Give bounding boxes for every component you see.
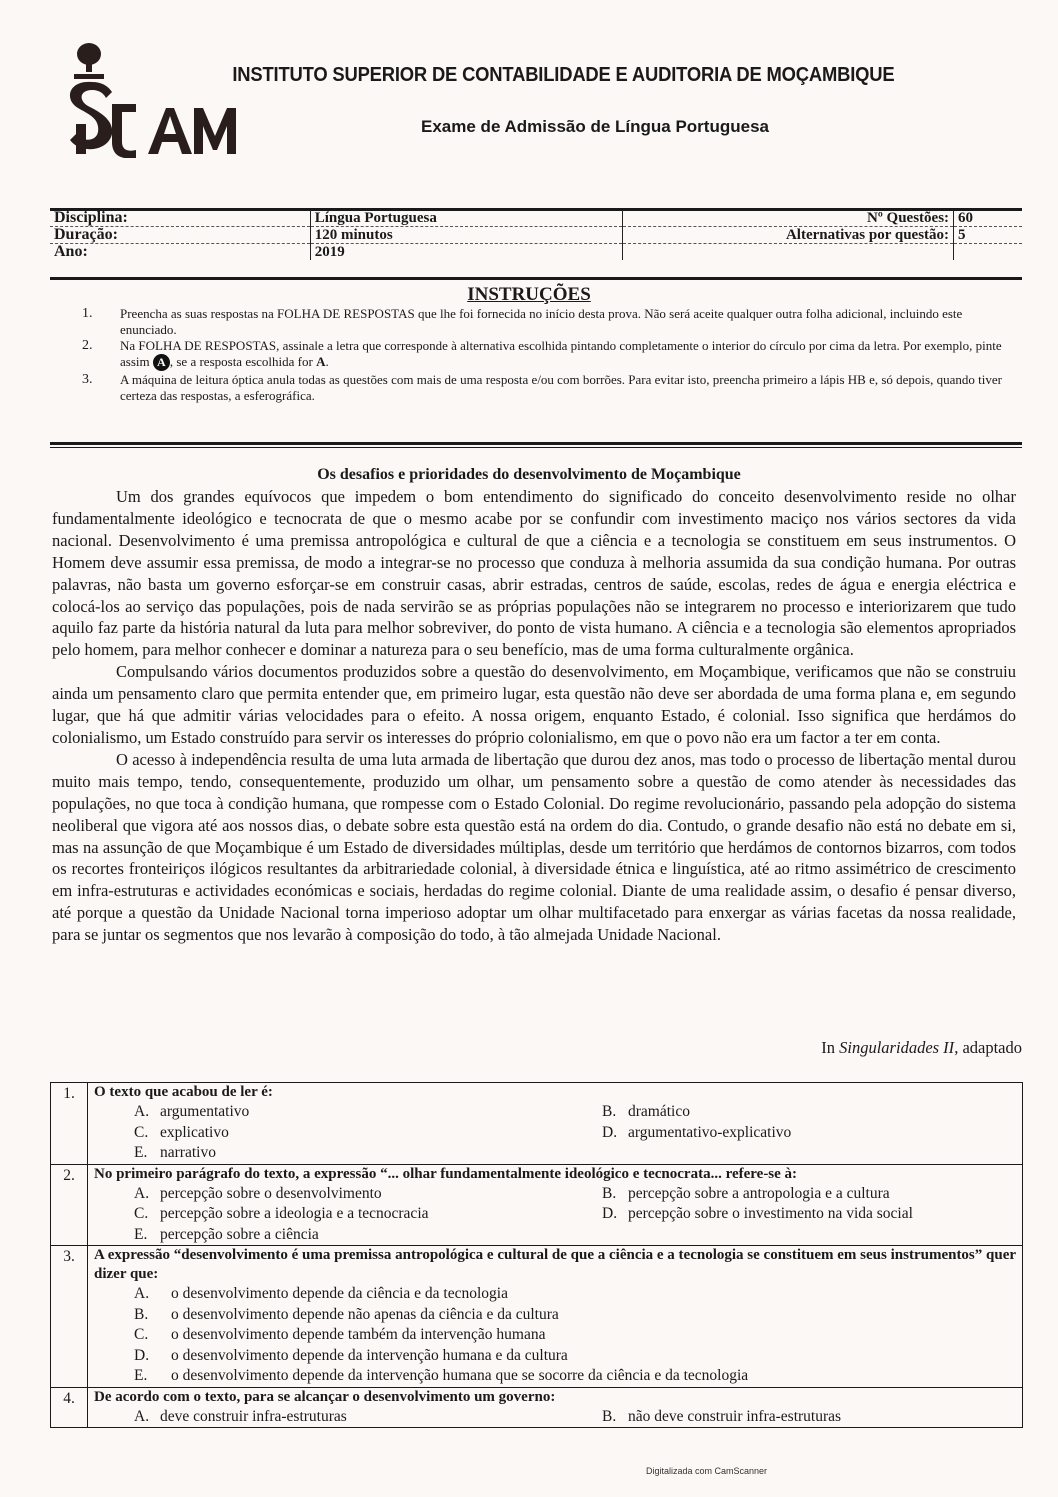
info-right-value — [954, 244, 1022, 261]
option-letter: E. — [134, 1366, 171, 1387]
questions-table: 1. O texto que acabou de ler é: A.argume… — [50, 1082, 1023, 1428]
info-row-disciplina: Disciplina: Língua Portuguesa Nº Questõe… — [50, 210, 1022, 227]
option-text: percepção sobre o desenvolvimento — [160, 1184, 382, 1205]
instructions-heading: INSTRUÇÕES — [0, 284, 1058, 306]
question-row: 4. De acordo com o texto, para se alcanç… — [51, 1387, 1023, 1428]
option-a[interactable]: A.o desenvolvimento depende da ciência e… — [134, 1284, 1016, 1305]
option-text: o desenvolvimento depende da intervenção… — [171, 1346, 568, 1367]
instruction-text: Preencha as suas respostas na FOLHA DE R… — [120, 306, 1022, 337]
option-letter: A. — [134, 1407, 160, 1428]
option-a[interactable]: A.percepção sobre o desenvolvimento — [134, 1184, 602, 1205]
question-row: 3. A expressão “desenvolvimento é uma pr… — [51, 1246, 1023, 1388]
question-row: 1. O texto que acabou de ler é: A.argume… — [51, 1083, 1023, 1165]
source-title: Singularidades II — [839, 1038, 954, 1057]
option-text: o desenvolvimento depende da intervenção… — [171, 1366, 748, 1387]
option-text: o desenvolvimento depende da ciência e d… — [171, 1284, 508, 1305]
filled-bubble-example-icon: A — [153, 354, 170, 371]
instruction-text-part: . — [325, 354, 328, 369]
question-row: 2. No primeiro parágrafo do texto, a exp… — [51, 1164, 1023, 1246]
option-letter: B. — [602, 1407, 628, 1428]
info-value: Língua Portuguesa — [310, 210, 623, 227]
option-letter: D. — [134, 1346, 171, 1367]
option-letter: C. — [134, 1325, 171, 1346]
source-suffix: , adaptado — [954, 1038, 1022, 1057]
exam-info-table: Disciplina: Língua Portuguesa Nº Questõe… — [50, 210, 1022, 260]
question-stem: A expressão “desenvolvimento é uma premi… — [94, 1246, 1016, 1284]
instruction-text: A máquina de leitura óptica anula todas … — [120, 372, 1022, 403]
info-right-label: Nº Questões: — [623, 210, 954, 227]
option-letter: D. — [602, 1123, 628, 1144]
article-paragraph: O acesso à independência resulta de uma … — [52, 749, 1016, 946]
option-a[interactable]: A.deve construir infra-estruturas — [134, 1407, 602, 1428]
option-c[interactable]: C.o desenvolvimento depende também da in… — [134, 1325, 1016, 1346]
info-right-value: 5 — [954, 227, 1022, 244]
iscam-logo-icon — [52, 38, 242, 158]
option-b[interactable]: B.percepção sobre a antropologia e a cul… — [602, 1184, 1016, 1205]
iscam-logo — [52, 38, 242, 158]
article-paragraph: Compulsando vários documentos produzidos… — [52, 661, 1016, 749]
option-text: narrativo — [160, 1143, 216, 1164]
instruction-text: Na FOLHA DE RESPOSTAS, assinale a letra … — [120, 338, 1022, 371]
instruction-item: 3. A máquina de leitura óptica anula tod… — [82, 372, 1022, 403]
option-letter: A. — [134, 1284, 171, 1305]
info-value: 2019 — [310, 244, 623, 261]
option-letter: D. — [602, 1204, 628, 1225]
institution-name: INSTITUTO SUPERIOR DE CONTABILIDADE E AU… — [200, 64, 927, 87]
info-row-duracao: Duração: 120 minutos Alternativas por qu… — [50, 227, 1022, 244]
question-body: O texto que acabou de ler é: A.argumenta… — [88, 1083, 1023, 1165]
option-e[interactable]: E.narrativo — [134, 1143, 602, 1164]
option-letter: B. — [602, 1184, 628, 1205]
source-prefix: In — [821, 1038, 839, 1057]
question-number: 3. — [51, 1246, 88, 1388]
info-value: 120 minutos — [310, 227, 623, 244]
info-label: Disciplina: — [50, 210, 310, 227]
option-letter: A. — [134, 1184, 160, 1205]
info-row-ano: Ano: 2019 — [50, 244, 1022, 261]
question-options: A.deve construir infra-estruturas B.não … — [94, 1407, 1016, 1428]
option-text: argumentativo — [160, 1102, 249, 1123]
option-letter: B. — [134, 1305, 171, 1326]
exam-title: Exame de Admissão de Língua Portuguesa — [200, 117, 990, 137]
question-stem: O texto que acabou de ler é: — [94, 1083, 1016, 1102]
option-text: explicativo — [160, 1123, 229, 1144]
option-text: percepção sobre a ciência — [160, 1225, 319, 1246]
question-number: 4. — [51, 1387, 88, 1428]
option-letter: C. — [134, 1204, 160, 1225]
instruction-item: 2. Na FOLHA DE RESPOSTAS, assinale a let… — [82, 338, 1022, 371]
option-letter: E. — [134, 1143, 160, 1164]
option-letter: B. — [602, 1102, 628, 1123]
option-a[interactable]: A.argumentativo — [134, 1102, 602, 1123]
question-body: A expressão “desenvolvimento é uma premi… — [88, 1246, 1023, 1388]
option-c[interactable]: C.explicativo — [134, 1123, 602, 1144]
article-paragraph: Um dos grandes equívocos que impedem o b… — [52, 486, 1016, 661]
option-letter: C. — [134, 1123, 160, 1144]
article-source: In Singularidades II, adaptado — [821, 1038, 1022, 1058]
question-options: A.o desenvolvimento depende da ciência e… — [94, 1284, 1016, 1387]
instruction-item: 1. Preencha as suas respostas na FOLHA D… — [82, 306, 1022, 337]
question-body: No primeiro parágrafo do texto, a expres… — [88, 1164, 1023, 1246]
instruction-number: 1. — [82, 306, 120, 337]
question-options: A.percepção sobre o desenvolvimento B.pe… — [94, 1184, 1016, 1246]
option-c[interactable]: C.percepção sobre a ideologia e a tecnoc… — [134, 1204, 602, 1225]
option-text: dramático — [628, 1102, 690, 1123]
option-d[interactable]: D.o desenvolvimento depende da intervenç… — [134, 1346, 1016, 1367]
question-number: 1. — [51, 1083, 88, 1165]
scanner-watermark: Digitalizada com CamScanner — [646, 1466, 767, 1476]
instruction-text-part: , se a resposta escolhida for — [170, 354, 316, 369]
question-stem: No primeiro parágrafo do texto, a expres… — [94, 1165, 1016, 1184]
option-letter: A. — [134, 1102, 160, 1123]
info-bottom-rule — [50, 277, 1022, 280]
article-title: Os desafios e prioridades do desenvolvim… — [0, 466, 1058, 484]
option-text: percepção sobre a ideologia e a tecnocra… — [160, 1204, 429, 1225]
option-text: percepção sobre a antropologia e a cultu… — [628, 1184, 890, 1205]
section-divider — [50, 442, 1022, 448]
info-label: Duração: — [50, 227, 310, 244]
question-stem: De acordo com o texto, para se alcançar … — [94, 1388, 1016, 1407]
info-right-label — [623, 244, 954, 261]
info-right-value: 60 — [954, 210, 1022, 227]
option-d[interactable]: D.percepção sobre o investimento na vida… — [602, 1204, 1016, 1225]
question-number: 2. — [51, 1164, 88, 1246]
option-letter: E. — [134, 1225, 160, 1246]
option-text: não deve construir infra-estruturas — [628, 1407, 841, 1428]
option-b[interactable]: B.o desenvolvimento depende não apenas d… — [134, 1305, 1016, 1326]
instruction-number: 2. — [82, 338, 120, 371]
option-e[interactable]: E.o desenvolvimento depende da intervenç… — [134, 1366, 1016, 1387]
option-e[interactable]: E.percepção sobre a ciência — [134, 1225, 602, 1246]
option-b[interactable]: B.dramático — [602, 1102, 1016, 1123]
question-body: De acordo com o texto, para se alcançar … — [88, 1387, 1023, 1428]
info-right-label: Alternativas por questão: — [623, 227, 954, 244]
instruction-number: 3. — [82, 372, 120, 403]
option-d[interactable]: D.argumentativo-explicativo — [602, 1123, 1016, 1144]
instructions-list: 1. Preencha as suas respostas na FOLHA D… — [82, 306, 1022, 404]
question-options: A.argumentativo B.dramático C.explicativ… — [94, 1102, 1016, 1164]
article-body: Um dos grandes equívocos que impedem o b… — [52, 486, 1016, 946]
option-b[interactable]: B.não deve construir infra-estruturas — [602, 1407, 1016, 1428]
option-text: argumentativo-explicativo — [628, 1123, 791, 1144]
option-text: o desenvolvimento depende não apenas da … — [171, 1305, 559, 1326]
option-text: deve construir infra-estruturas — [160, 1407, 347, 1428]
option-text: percepção sobre o investimento na vida s… — [628, 1204, 913, 1225]
info-label: Ano: — [50, 244, 310, 261]
option-text: o desenvolvimento depende também da inte… — [171, 1325, 545, 1346]
